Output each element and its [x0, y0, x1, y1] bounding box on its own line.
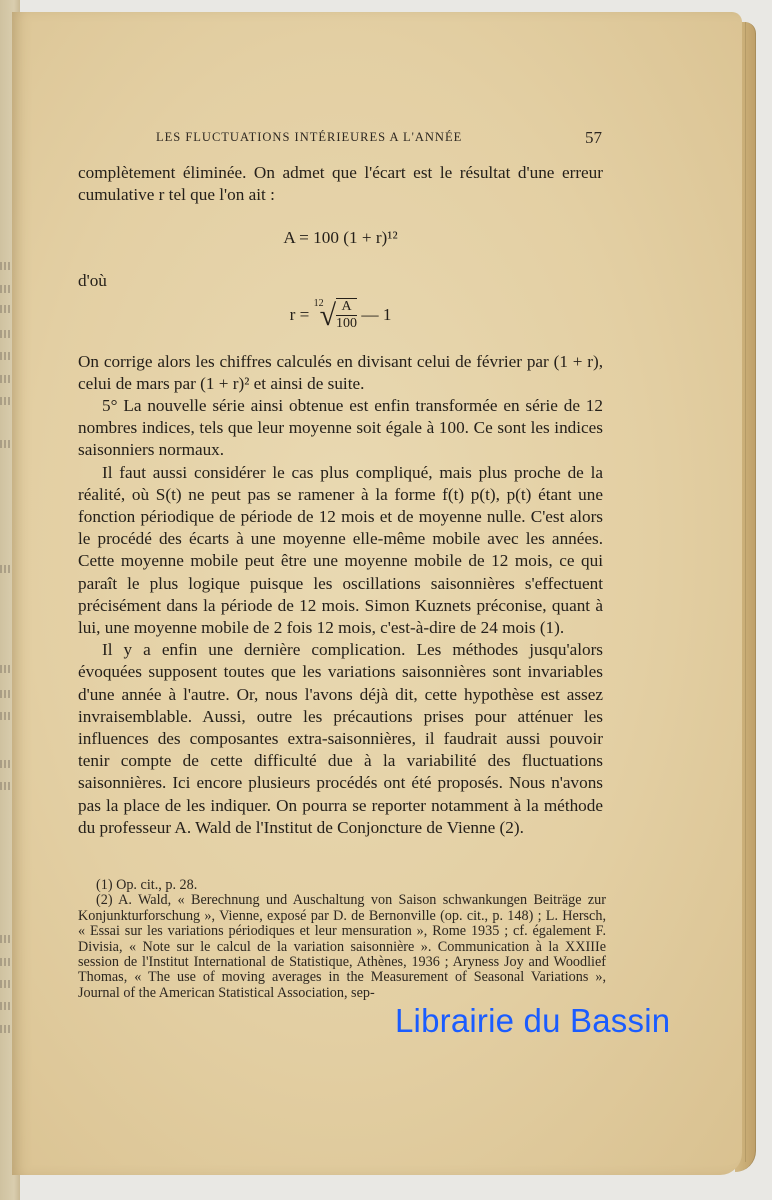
equation-rhs: — 1 [361, 305, 391, 324]
paragraph: Il y a enfin une dernière complication. … [78, 639, 603, 839]
footnote-1: (1) Op. cit., p. 28. [78, 878, 606, 893]
paragraph: complètement éliminée. On admet que l'éc… [78, 162, 603, 206]
equation-lhs: r = [290, 305, 310, 324]
paragraph: 5° La nouvelle série ainsi obtenue est e… [78, 395, 603, 462]
page-number: 57 [585, 128, 602, 148]
equation-1: A = 100 (1 + r)¹² [78, 206, 603, 270]
body-text: complètement éliminée. On admet que l'éc… [78, 162, 603, 839]
fraction: A100 [336, 299, 357, 332]
footnote-2: (2) A. Wald, « Berechnung und Auschaltun… [78, 893, 606, 1001]
paragraph: Il faut aussi considérer le cas plus com… [78, 462, 603, 640]
equation-2: r = 12√A100 — 1 [78, 293, 603, 351]
paragraph: On corrige alors les chiffres calculés e… [78, 351, 603, 395]
running-head-title: Les fluctuations intérieures a l'année [156, 130, 462, 145]
page-edge-line [745, 22, 746, 1162]
denominator: 100 [336, 316, 357, 332]
paragraph: d'où [78, 270, 603, 292]
footnotes: (1) Op. cit., p. 28. (2) A. Wald, « Bere… [78, 878, 606, 1001]
watermark: Librairie du Bassin [395, 1002, 670, 1040]
radical-icon: √ [320, 299, 336, 332]
numerator: A [336, 299, 357, 316]
